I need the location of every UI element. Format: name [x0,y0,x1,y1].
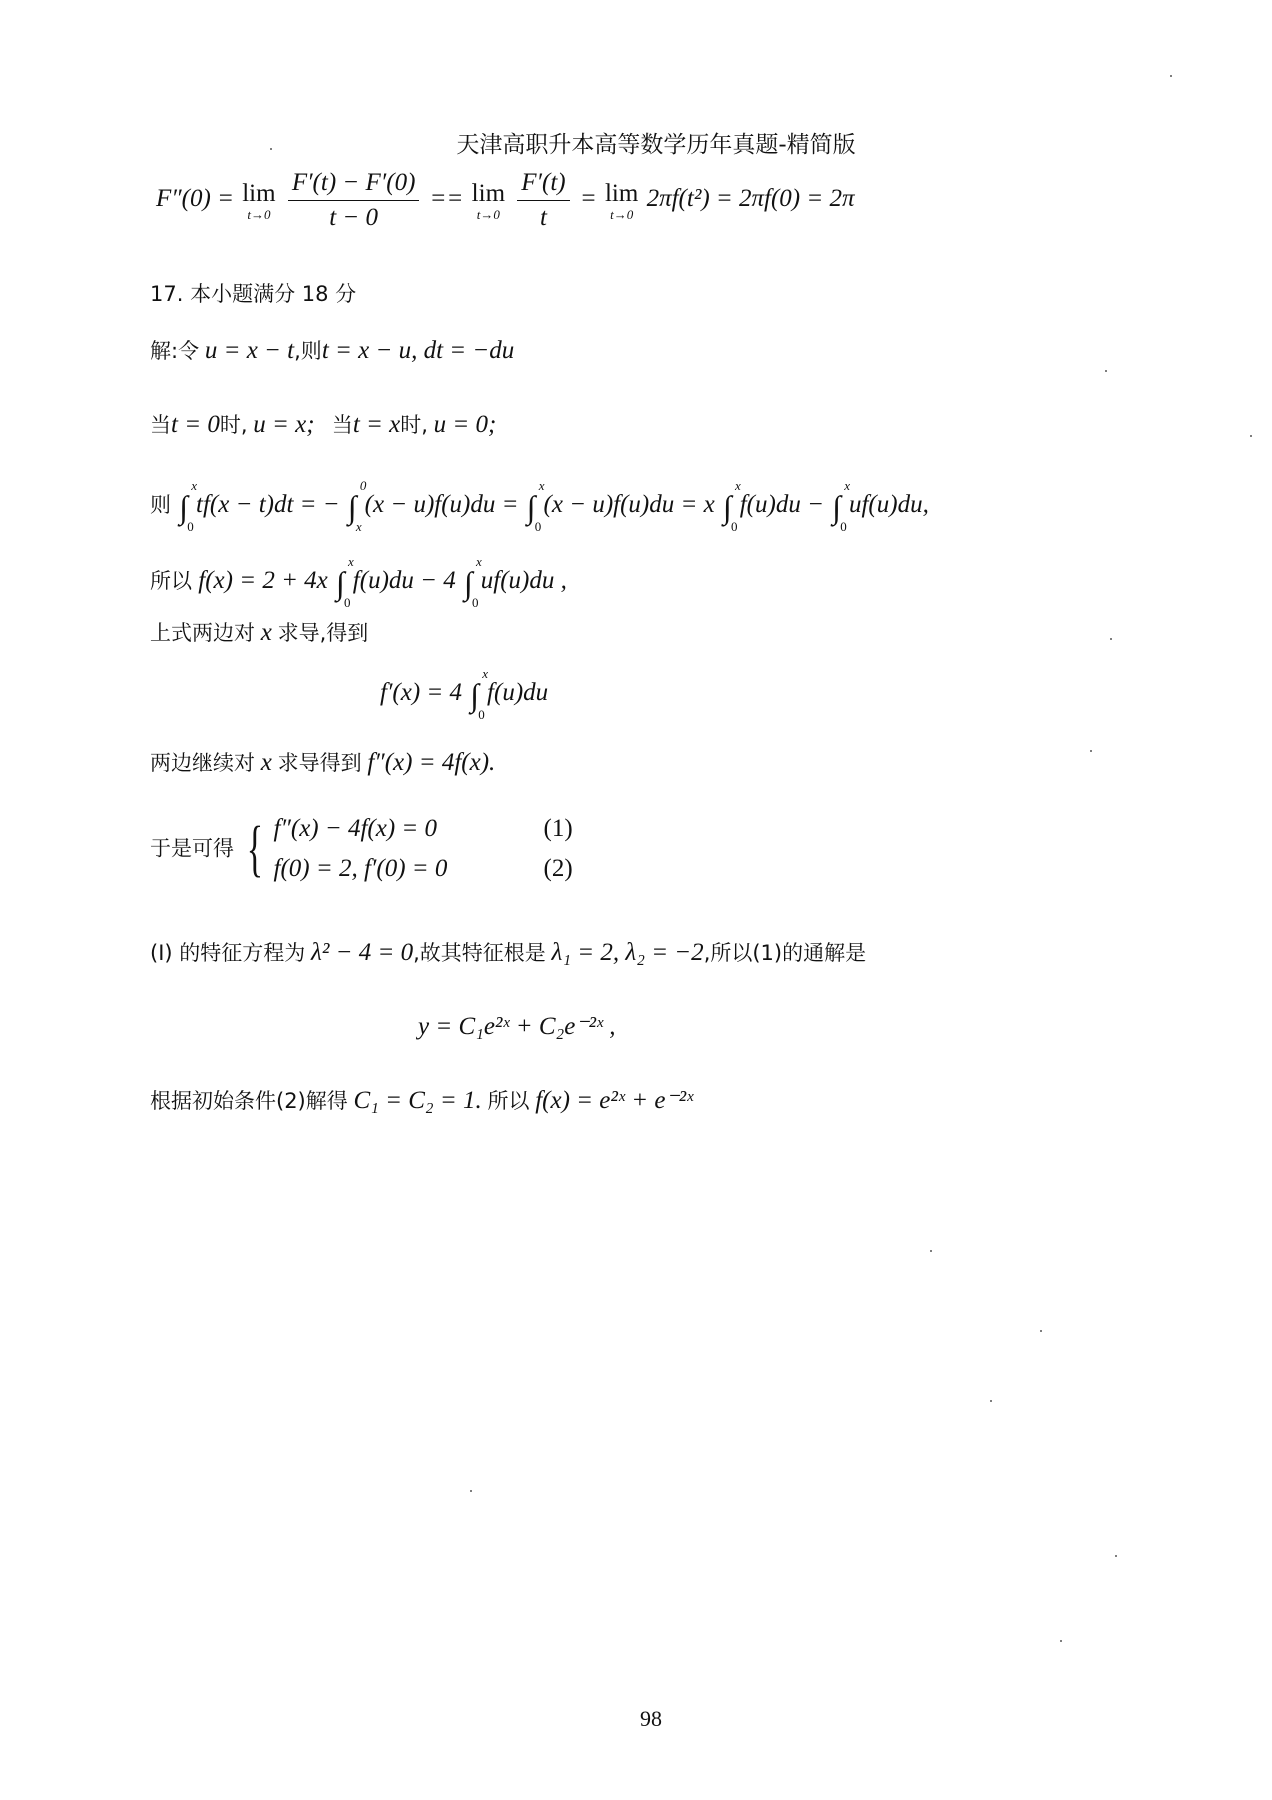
text: 于是可得 [150,836,234,860]
text: 当 [332,413,353,437]
solution-differentiate-note: 上式两边对 x 求导,得到 [150,618,368,648]
text: 时, [400,413,428,437]
solution-general-solution: y = C₁e²ˣ + C₂e⁻²ˣ , [418,1012,616,1042]
text: 上式两边对 [150,621,255,645]
scan-speck [1250,435,1252,437]
text: 求导得到 [278,751,362,775]
page-number: 98 [0,1706,1272,1732]
math: f′(x) = 4 [380,679,462,706]
solution-f-expression: 所以 f(x) = 2 + 4x ∫x0f(u)du − 4 ∫x0uf(u)d… [150,564,567,602]
scan-speck [470,1490,472,1492]
limit-operator: limt→0 [472,179,505,223]
integral-sign: ∫x0 [832,488,841,526]
formula-tail: 2πf(t²) = 2πf(0) = 2π [647,185,855,212]
text: 则 [150,493,171,517]
solution-final-answer: 根据初始条件(2)解得 C₁ = C₂ = 1. 所以 f(x) = e²ˣ +… [150,1086,693,1116]
solution-characteristic-eq: (I) 的特征方程为 λ² − 4 = 0,故其特征根是 λ₁ = 2, λ₂ … [150,938,866,968]
math: t = x [353,411,400,438]
solution-first-derivative: f′(x) = 4 ∫x0f(u)du [380,676,548,714]
text: 所以 [150,569,192,593]
scan-speck [1090,750,1092,752]
text: 当 [150,413,171,437]
text: ,故其特征根是 [413,941,546,965]
integral-sign: ∫x0 [464,564,473,602]
math: f(u)du [487,679,548,706]
text: 所以 [487,1089,529,1113]
math: λ² − 4 = 0 [311,939,413,966]
equation-system: { f″(x) − 4f(x) = 0(1) f(0) = 2, f′(0) =… [240,814,573,884]
text: 求导,得到 [278,621,369,645]
scan-speck [1115,1555,1117,1557]
math: x [261,619,272,646]
math: f(x) = e²ˣ + e⁻²ˣ [535,1087,693,1114]
text: ,所以(1)的通解是 [704,941,866,965]
math: u = 0; [434,411,497,438]
limit-operator: limt→0 [242,179,275,223]
solution-substitution: 解:令 u = x − t,则t = x − u, dt = −du [150,336,514,366]
scan-speck [1040,1330,1042,1332]
fraction: F′(t)t [517,168,569,233]
solution-integral-transform: 则 ∫x0tf(x − t)dt = − ∫0x(x − u)f(u)du = … [150,488,929,526]
math: C₁ = C₂ = 1. [354,1087,482,1114]
integral-sign: ∫x0 [527,488,536,526]
scan-speck [990,1400,992,1402]
math: tf(x − t)dt = − [196,491,340,518]
integral-sign: ∫x0 [470,676,479,714]
solution-second-derivative: 两边继续对 x 求导得到 f″(x) = 4f(x). [150,748,495,778]
problem-number: 17. 本小题满分 18 分 [150,282,356,307]
math: f″(x) = 4f(x). [367,749,495,776]
text: 两边继续对 [150,751,255,775]
scan-speck [1105,370,1107,372]
fraction: F′(t) − F′(0)t − 0 [288,168,420,233]
math: f(u)du − 4 [353,567,456,594]
math: u = x − t [205,337,294,364]
math: λ₁ = 2, λ₂ = −2 [552,939,704,966]
formula-second-derivative: F″(0) = limt→0 F′(t) − F′(0)t − 0 == lim… [156,168,855,233]
scan-speck [1110,638,1112,640]
solution-limits-change: 当t = 0时, u = x; 当t = x时, u = 0; [150,410,496,440]
math: f(u)du − [740,491,824,518]
document-header: 天津高职升本高等数学历年真题-精简版 [0,126,1272,159]
limit-operator: limt→0 [605,179,638,223]
math: uf(u)du, [849,491,929,518]
integral-sign: ∫x0 [723,488,732,526]
left-brace-icon: { [246,818,262,880]
math: (x − u)f(u)du = x [544,491,715,518]
scan-speck [1170,75,1172,77]
math: f(x) = 2 + 4x [198,567,328,594]
math: u = x; [253,411,314,438]
integral-sign: ∫x0 [179,488,188,526]
scan-speck [1060,1640,1062,1642]
math: t = 0 [171,411,220,438]
text: 时, [220,413,248,437]
math: (x − u)f(u)du = [365,491,519,518]
scan-speck [930,1250,932,1252]
text: ,则 [294,339,322,363]
formula-lhs: F″(0) [156,185,211,212]
system-row: f″(x) − 4f(x) = 0(1) [274,814,573,844]
text: 解:令 [150,339,199,363]
system-row: f(0) = 2, f′(0) = 0(2) [274,854,573,884]
solution-ode-system: 于是可得 { f″(x) − 4f(x) = 0(1) f(0) = 2, f′… [150,814,573,884]
scan-speck [270,148,272,150]
text: 根据初始条件(2)解得 [150,1089,348,1113]
math: t = x − u, dt = −du [322,337,514,364]
math: x [261,749,272,776]
text: (I) 的特征方程为 [150,941,305,965]
math: uf(u)du , [481,567,567,594]
integral-sign: ∫x0 [336,564,345,602]
integral-sign: ∫0x [348,488,357,526]
